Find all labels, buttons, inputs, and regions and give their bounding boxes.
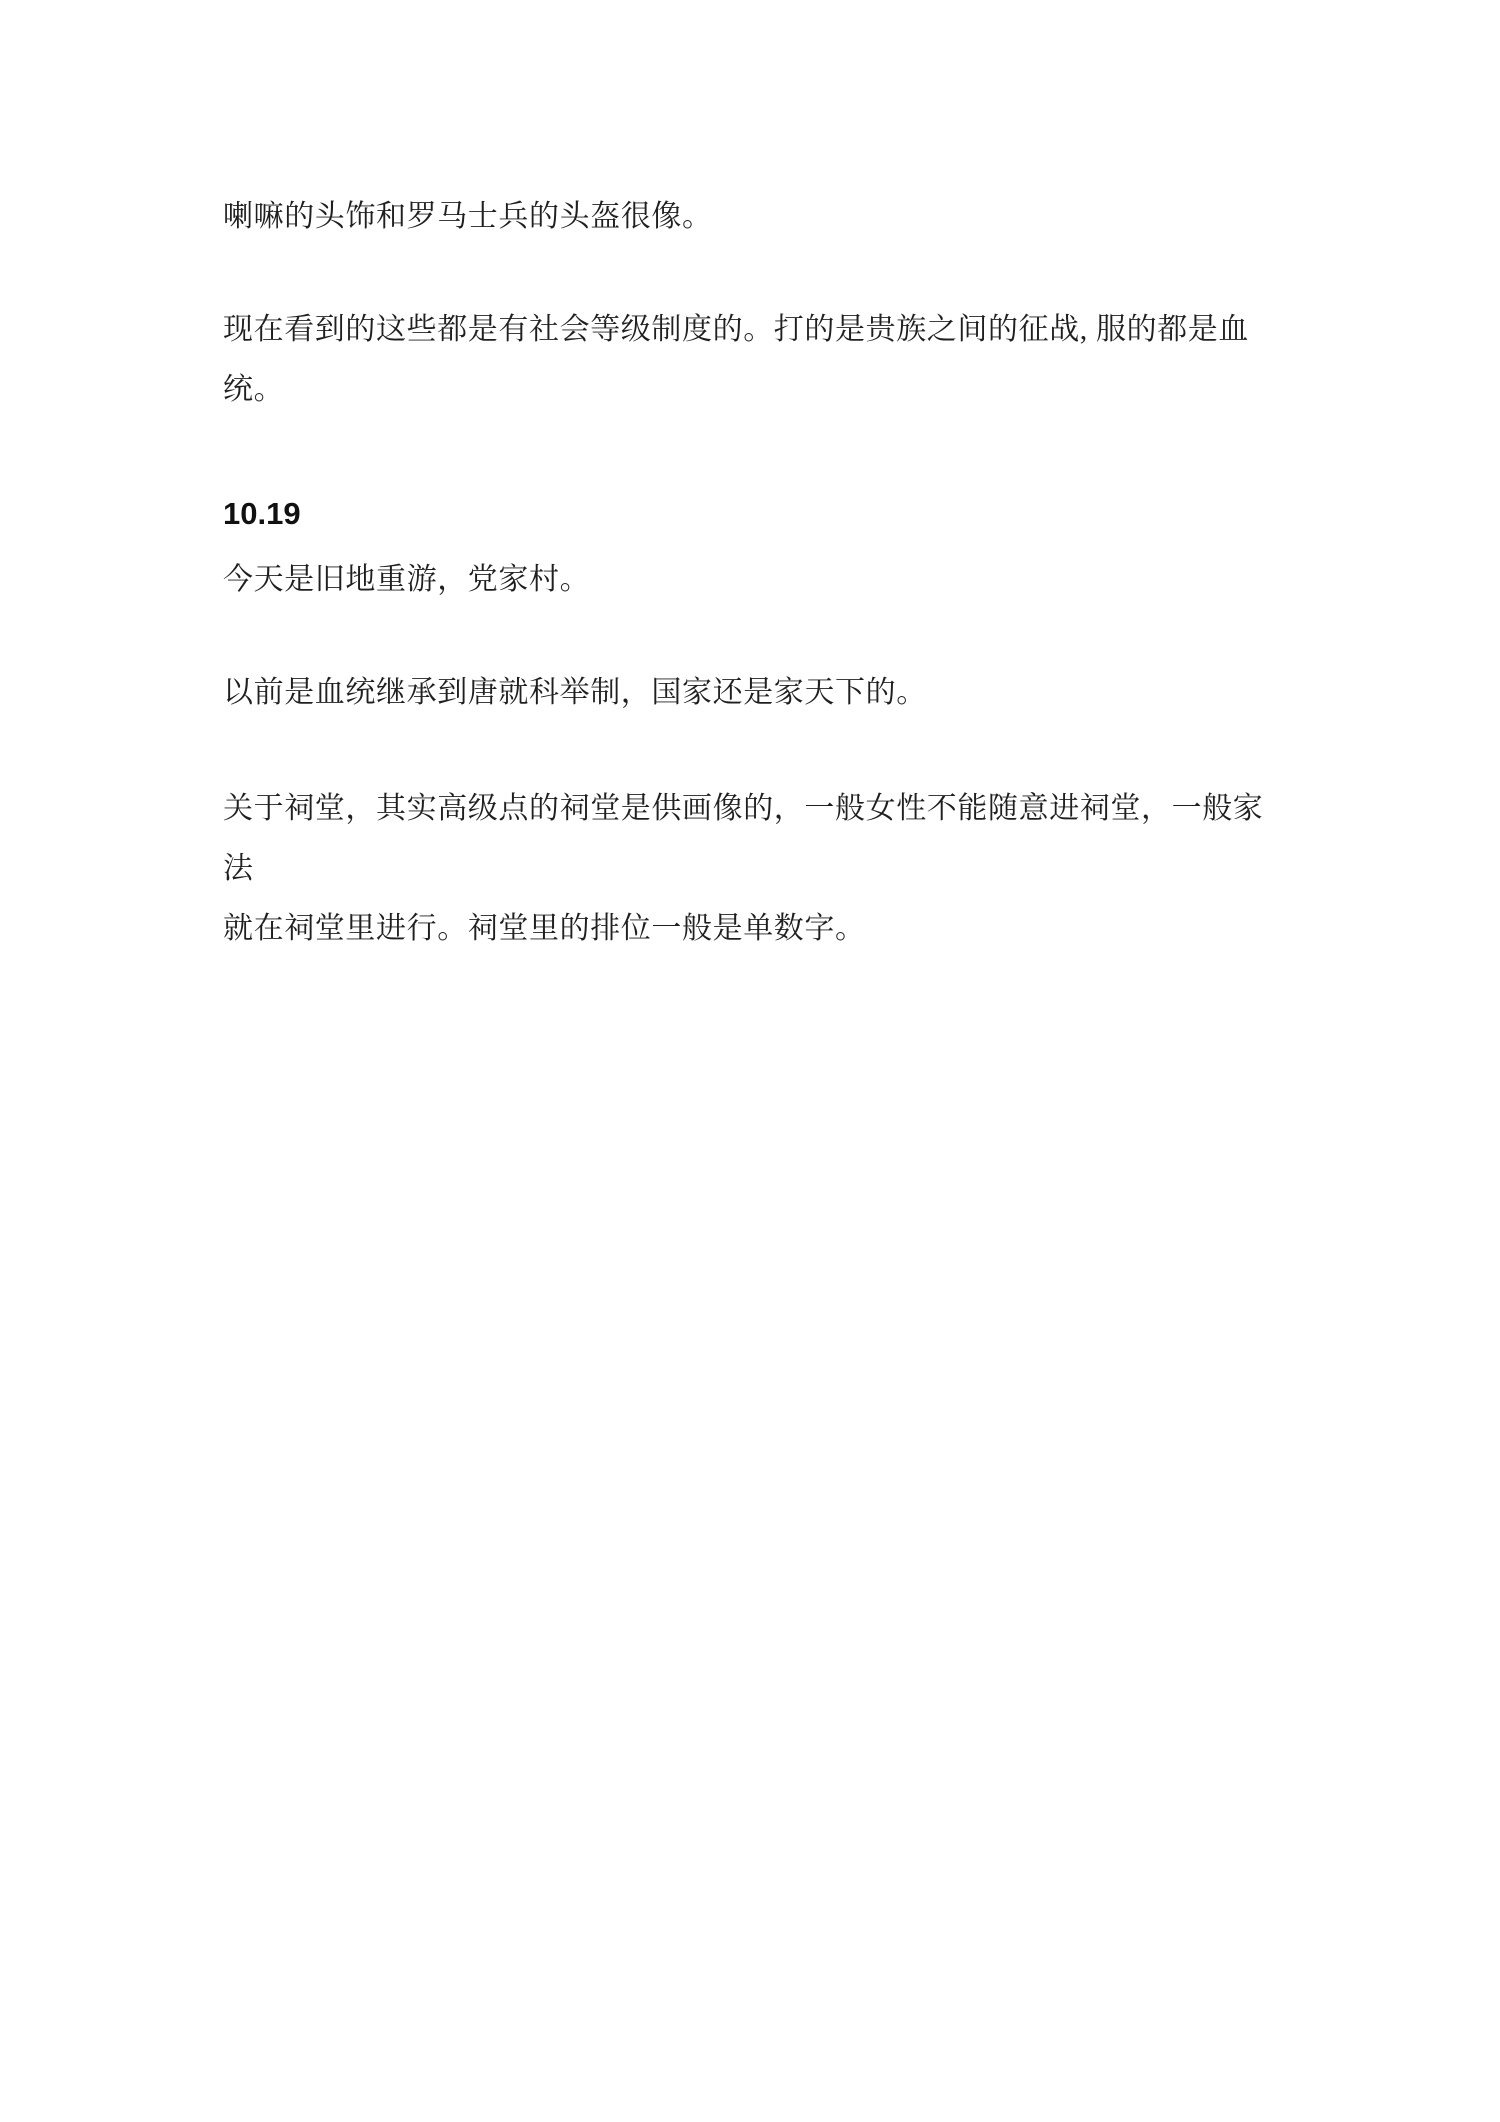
paragraph-social-hierarchy: 现在看到的这些都是有社会等级制度的。打的是贵族之间的征战, 服的都是血统。 [223, 300, 1283, 420]
date-heading: 10.19 [223, 484, 1283, 544]
paragraph-ancestral-hall-line-1: 关于祠堂，其实高级点的祠堂是供画像的，一般女性不能随意进祠堂，一般家法 [223, 779, 1283, 899]
paragraph-bloodline-imperial-exam: 以前是血统继承到唐就科举制，国家还是家天下的。 [223, 663, 1283, 723]
paragraph-revisit-dangjiacun: 今天是旧地重游，党家村。 [223, 550, 1283, 610]
paragraph-ancestral-hall-line-2: 就在祠堂里进行。祠堂里的排位一般是单数字。 [223, 899, 1283, 959]
document-page: 喇嘛的头饰和罗马士兵的头盔很像。 现在看到的这些都是有社会等级制度的。打的是贵族… [223, 0, 1283, 959]
paragraph-ancestral-hall: 关于祠堂，其实高级点的祠堂是供画像的，一般女性不能随意进祠堂，一般家法 就在祠堂… [223, 779, 1283, 959]
paragraph-lama-helmet: 喇嘛的头饰和罗马士兵的头盔很像。 [223, 187, 1283, 247]
